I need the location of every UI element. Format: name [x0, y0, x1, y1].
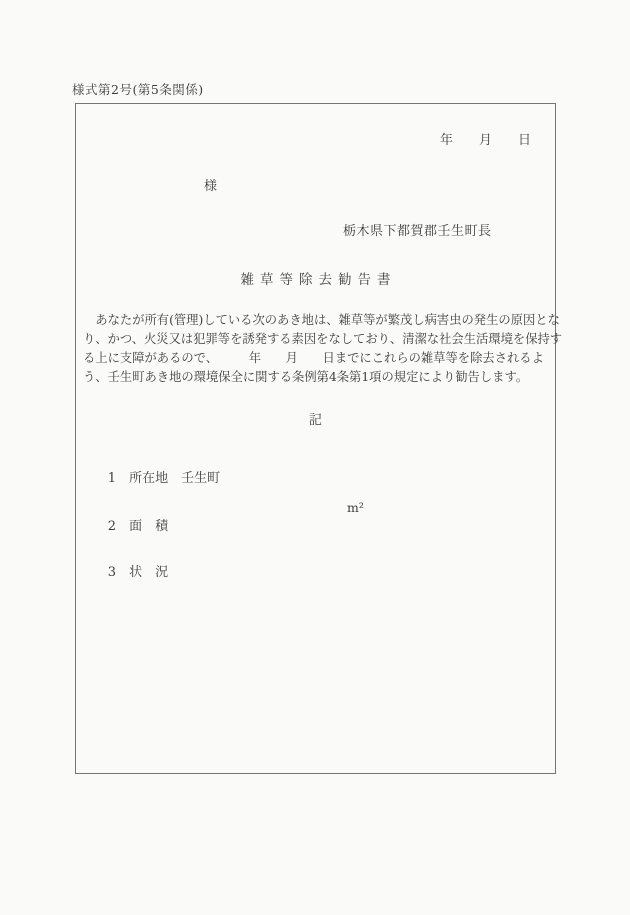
form-number-label: 様式第2号(第5条関係): [72, 80, 204, 98]
item-condition: 3 状 況: [83, 546, 548, 595]
item-area-text: 2 面 積: [108, 519, 168, 534]
body-line-4: う、壬生町あき地の環境保全に関する条例第4条第1項の規定により勧告します。: [83, 368, 550, 387]
item-location-text: 1 所在地 壬生町: [108, 471, 220, 486]
body-line-2: り、かつ、火災又は犯罪等を誘発する素因をなしており、清潔な社会生活環境を保持す: [83, 330, 550, 349]
item-location: 1 所在地 壬生町: [83, 452, 548, 501]
body-line-3: る上に支障があるので、 年 月 日までにこれらの雑草等を除去されるよ: [83, 349, 550, 368]
sender-title: 栃木県下都賀郡壬生町長: [343, 220, 492, 239]
item-area-unit: m²: [347, 500, 364, 515]
body-line-1: あなたが所有(管理)している次のあき地は、雑草等が繁茂し病害虫の発生の原因とな: [83, 311, 550, 330]
item-condition-text: 3 状 況: [108, 565, 168, 580]
body-paragraph: あなたが所有(管理)している次のあき地は、雑草等が繁茂し病害虫の発生の原因とな …: [83, 311, 550, 387]
record-marker: 記: [76, 409, 555, 428]
date-line: 年 月 日: [440, 129, 531, 148]
document-page: 様式第2号(第5条関係) 年 月 日 様 栃木県下都賀郡壬生町長 雑草等除去勧告…: [0, 0, 630, 915]
addressee-honorific: 様: [204, 175, 217, 194]
document-title: 雑草等除去勧告書: [76, 268, 555, 288]
document-border-box: 年 月 日 様 栃木県下都賀郡壬生町長 雑草等除去勧告書 あなたが所有(管理)し…: [75, 103, 556, 774]
